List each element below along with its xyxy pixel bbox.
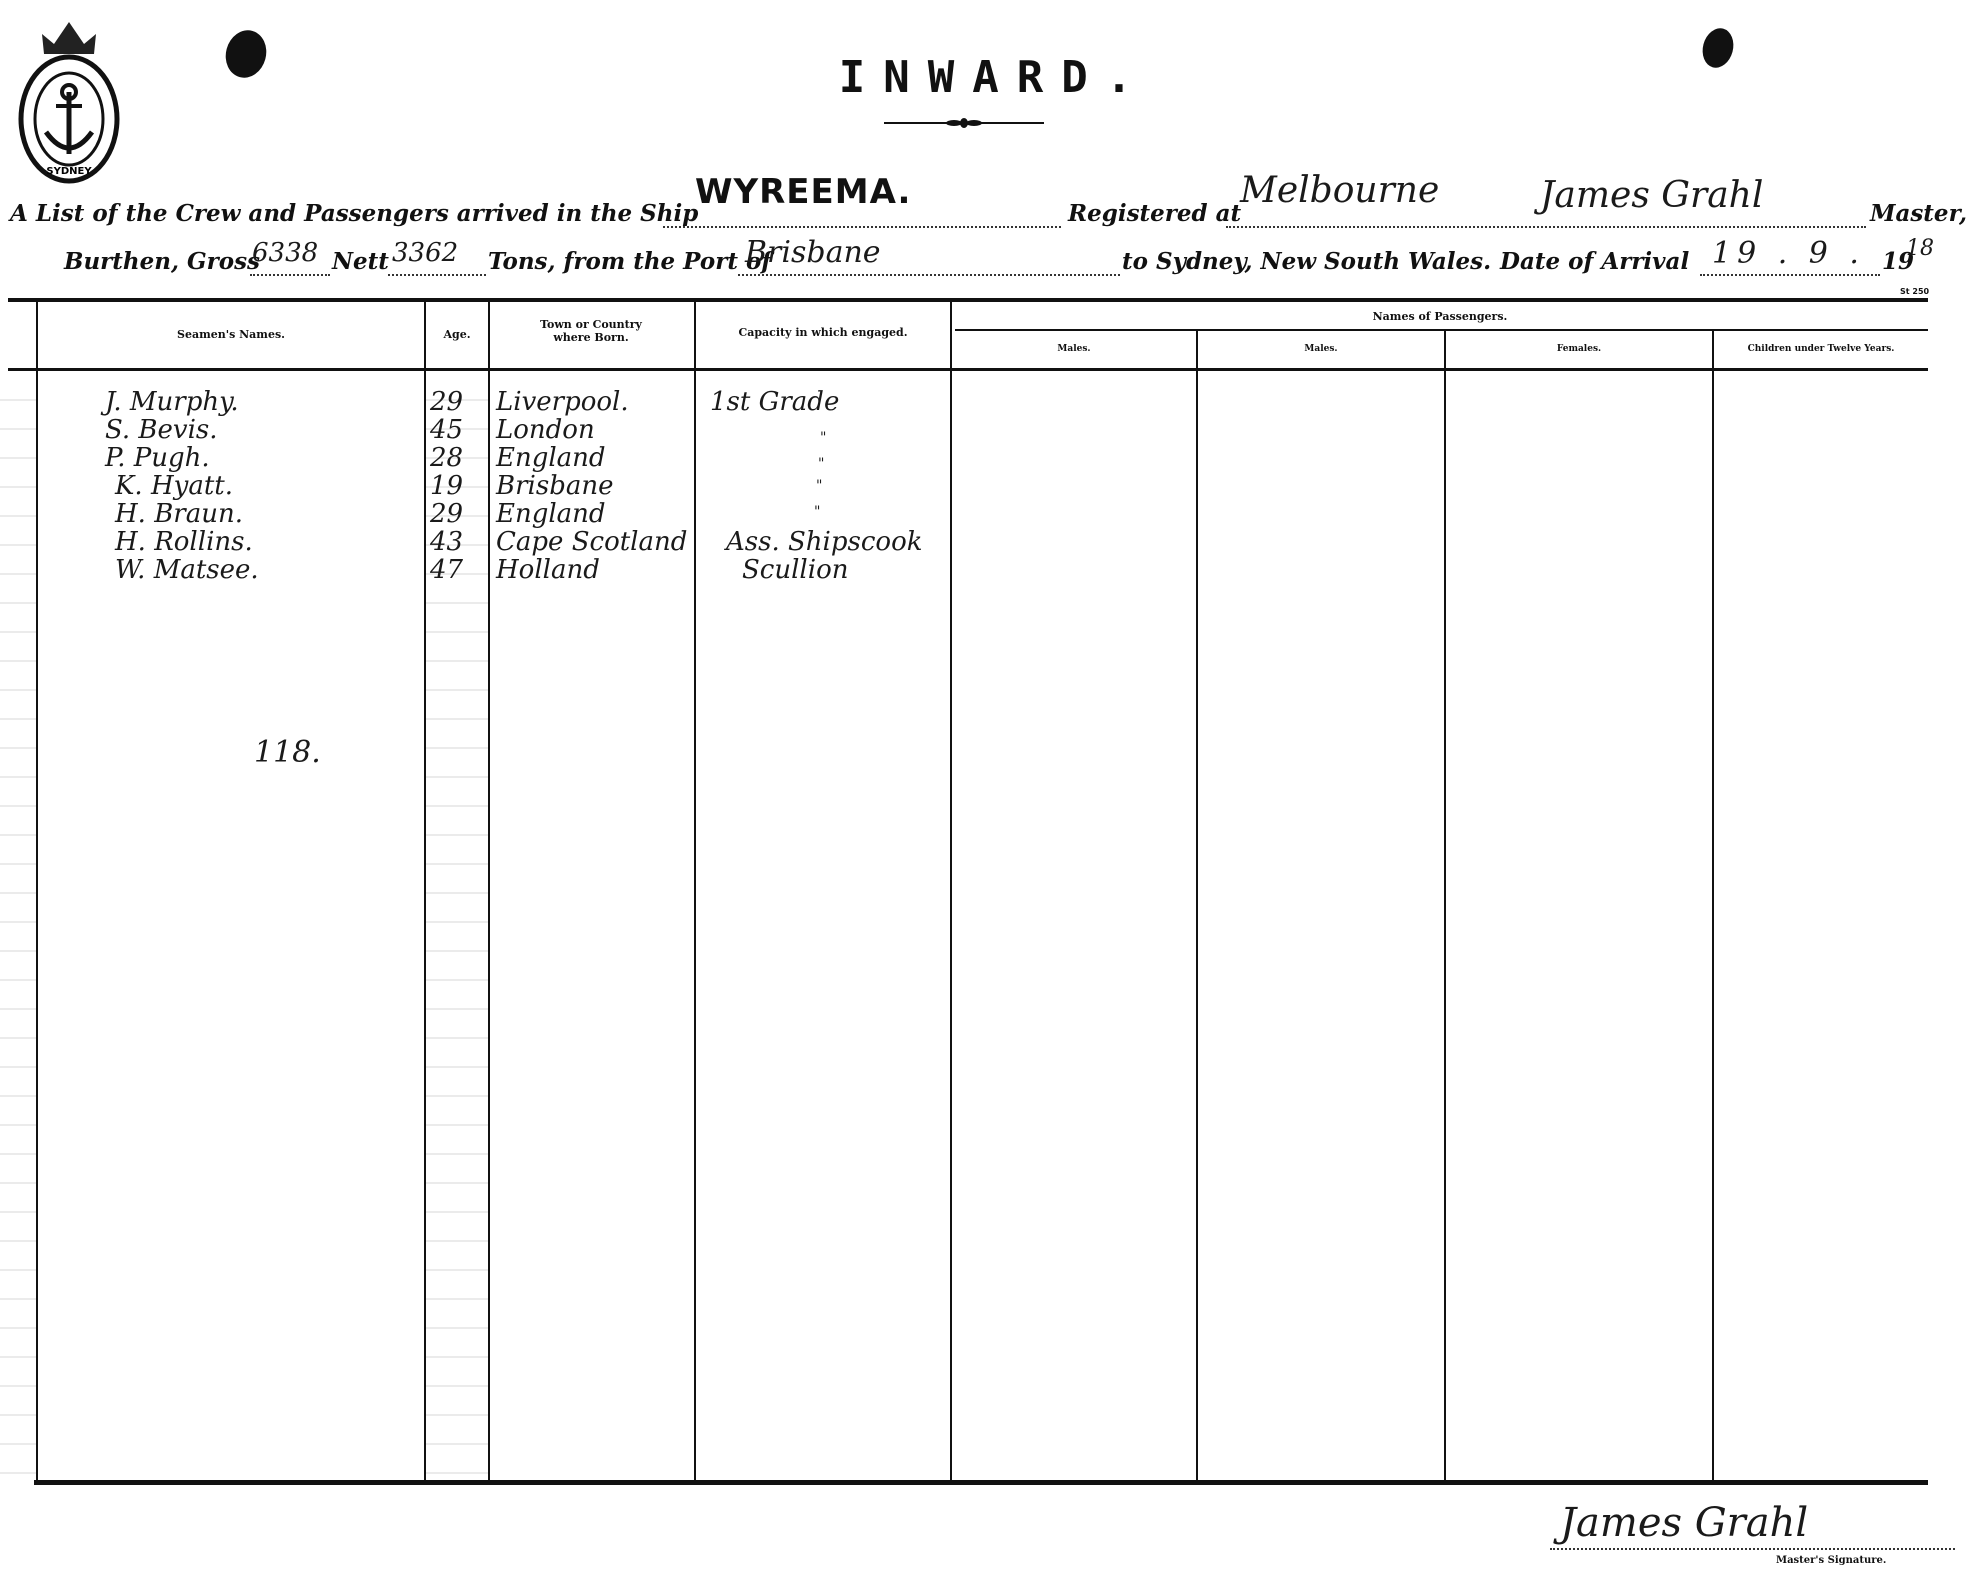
from-port-value: Brisbane xyxy=(745,235,881,270)
column-divider xyxy=(694,302,696,1482)
crew-name: K. Hyatt. xyxy=(115,476,233,496)
table-header-bottom-rule xyxy=(8,368,1928,371)
list-heading-label: A List of the Crew and Passengers arrive… xyxy=(10,200,698,227)
crew-name: P. Pugh. xyxy=(105,448,210,468)
crew-capacity-ditto: " xyxy=(814,502,820,522)
crew-born: England xyxy=(496,448,606,468)
registered-label: Registered at xyxy=(1068,200,1241,227)
passenger-group-rule xyxy=(955,329,1928,331)
svg-text:SYDNEY: SYDNEY xyxy=(46,166,92,177)
crew-capacity: 1st Grade xyxy=(710,392,839,412)
burthen-gross-label: Burthen, Gross xyxy=(64,248,260,275)
crew-born: London xyxy=(496,420,595,440)
document-title: INWARD. xyxy=(0,52,1977,103)
tons-from-port-label: Tons, from the Port of xyxy=(488,248,771,275)
crew-capacity: Scullion xyxy=(742,560,848,580)
crew-name: W. Matsee. xyxy=(115,560,259,580)
crew-born: Holland xyxy=(496,560,600,580)
arrival-year-suffix: 18 xyxy=(1906,236,1934,261)
header-females: Females. xyxy=(1446,343,1712,356)
registered-port-value: Melbourne xyxy=(1240,170,1439,211)
header-males-2: Males. xyxy=(1198,343,1444,356)
crew-name: S. Bevis. xyxy=(105,420,218,440)
column-divider xyxy=(424,302,426,1482)
crew-born: Liverpool. xyxy=(496,392,629,412)
crew-born: England xyxy=(496,504,606,524)
header-capacity: Capacity in which engaged. xyxy=(696,326,950,339)
column-divider xyxy=(1196,331,1198,1482)
header-males-1: Males. xyxy=(952,343,1196,356)
crew-capacity-ditto: " xyxy=(816,476,822,496)
form-number: St 250 xyxy=(1900,287,1929,296)
arrival-date-value: 19 . 9 . xyxy=(1712,236,1865,271)
crew-born: Brisbane xyxy=(496,476,613,496)
crew-age: 28 xyxy=(430,448,463,468)
column-divider xyxy=(1712,331,1714,1482)
crew-capacity-ditto: " xyxy=(820,428,826,448)
table-top-rule xyxy=(8,298,1928,302)
gross-tons-value: 6338 xyxy=(252,238,318,268)
master-name-value: James Grahl xyxy=(1540,175,1763,216)
crew-capacity-ditto: " xyxy=(818,454,824,474)
column-divider xyxy=(950,302,952,1482)
header-names-of-passengers: Names of Passengers. xyxy=(952,310,1928,323)
crew-age: 29 xyxy=(430,504,463,524)
crew-age: 47 xyxy=(430,560,463,580)
ship-name-stamp: WYREEMA. xyxy=(695,172,911,212)
crew-age: 43 xyxy=(430,532,463,552)
crew-name: J. Murphy. xyxy=(105,392,239,412)
master-label: Master, xyxy=(1870,200,1967,227)
column-divider xyxy=(36,302,38,1482)
crew-age: 29 xyxy=(430,392,463,412)
signature-line xyxy=(1550,1524,1955,1550)
column-divider xyxy=(1444,331,1446,1482)
destination-label: to Sydney, New South Wales. xyxy=(1122,248,1491,275)
crew-capacity: Ass. Shipscook xyxy=(726,532,922,552)
nett-tons-value: 3362 xyxy=(392,238,458,268)
title-flourish-icon xyxy=(884,116,1044,130)
count-annotation: 118. xyxy=(254,735,321,770)
crew-age: 19 xyxy=(430,476,463,496)
ruled-lines-margin xyxy=(0,372,38,1477)
header-age: Age. xyxy=(426,328,488,341)
header-seamens-names: Seamen's Names. xyxy=(38,328,424,341)
arrival-date-label: Date of Arrival xyxy=(1500,248,1689,275)
table-bottom-rule xyxy=(34,1480,1928,1485)
crew-name: H. Braun. xyxy=(115,504,243,524)
nett-label: Nett xyxy=(332,248,389,275)
header-born: Town or Country where Born. xyxy=(520,318,662,344)
column-divider xyxy=(488,302,490,1482)
crew-age: 45 xyxy=(430,420,463,440)
signature-label: Master's Signature. xyxy=(1776,1555,1886,1566)
crew-name: H. Rollins. xyxy=(115,532,253,552)
crew-born: Cape Scotland xyxy=(496,532,687,552)
header-children: Children under Twelve Years. xyxy=(1714,343,1928,356)
